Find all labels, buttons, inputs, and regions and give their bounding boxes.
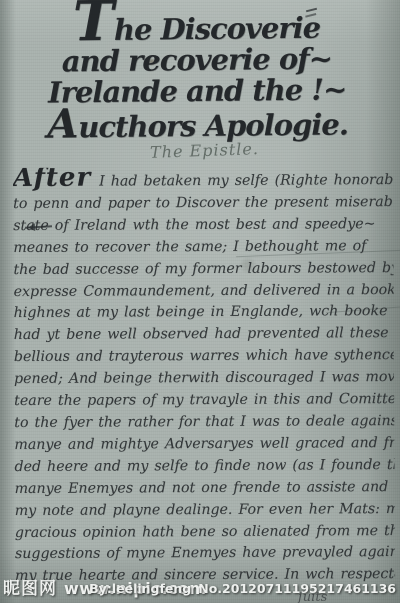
watermark-serial: No.20120711195217461136 <box>198 581 396 596</box>
body-line: highnes at my last beinge in Englande, w… <box>14 301 394 325</box>
body-line: gracious opinion hath bene so alienated … <box>15 521 395 545</box>
body-line: the bad successe of my former labours be… <box>13 258 393 282</box>
body-line: manye Enemyes and not one frende to assi… <box>15 477 395 501</box>
body-line: my note and playne dealinge. For even he… <box>15 499 395 523</box>
body-line: had yt bene well observed had prevented … <box>14 323 394 347</box>
body-line: to the fyer the rather for that I was to… <box>14 411 394 435</box>
title-line: The Discoverie <box>0 2 394 47</box>
body-line: to penn and paper to Discover the presen… <box>13 192 393 216</box>
body-line: meanes to recover the same; I bethought … <box>13 236 393 260</box>
manuscript-text-layer: The Discoverie and recoverie of~ Ireland… <box>0 0 400 603</box>
manuscript-title: The Discoverie and recoverie of~ Ireland… <box>0 2 395 144</box>
body-line: ded heere and my selfe to finde now (as … <box>14 455 394 479</box>
body-line: expresse Commaundement, and delivered in… <box>13 280 393 304</box>
body-line-text: I had betaken my selfe (Righte honorable… <box>99 172 393 190</box>
body-line: manye and mightye Adversaryes well grace… <box>14 433 394 457</box>
title-line: Aucthors Apologie. <box>0 105 394 144</box>
body-line: bellious and trayterous warres which hav… <box>14 345 394 369</box>
body-line: state of Ireland wth the most best and s… <box>13 214 393 238</box>
body-line: pened; And beinge therwith discouraged I… <box>14 367 394 391</box>
watermark-credit: By:leelingfeng <box>89 581 191 596</box>
section-heading: The Epistle. <box>150 139 259 162</box>
opening-word: After <box>13 166 91 193</box>
body-line: teare the papers of my travayle in this … <box>14 389 394 413</box>
watermark-right: By:leelingfeng No.20120711195217461136 <box>89 581 396 596</box>
body-line: AfterI had betaken my selfe (Righte hono… <box>13 166 393 194</box>
epistle-body: AfterI had betaken my selfe (Righte hono… <box>13 166 395 588</box>
body-line: suggestions of myne Enemyes have prevayl… <box>15 542 395 566</box>
nipic-logo: 昵图网 <box>3 574 57 599</box>
manuscript-photo: The Discoverie and recoverie of~ Ireland… <box>0 0 400 603</box>
